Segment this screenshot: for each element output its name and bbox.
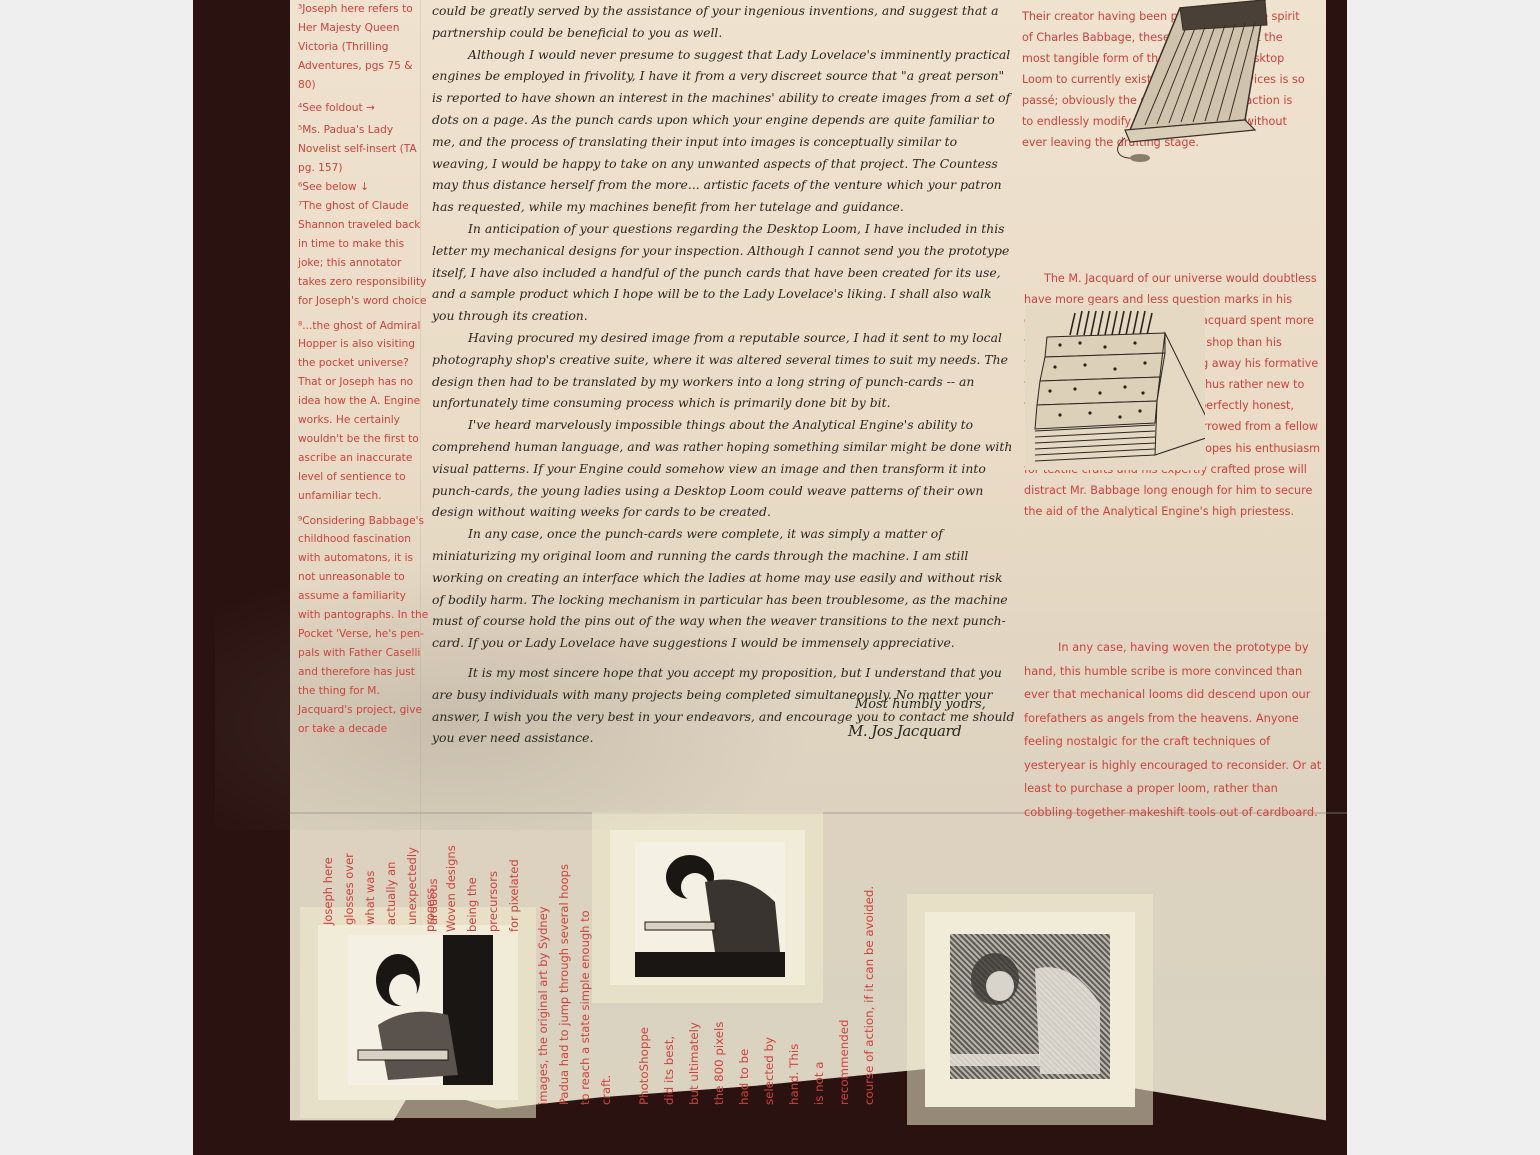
letter-body: could be greatly served by the assistanc… <box>432 0 1017 749</box>
letter-paragraph: In anticipation of your questions regard… <box>432 218 1017 327</box>
lineart-figure-icon <box>348 935 493 1085</box>
signature: M. Jos Jacquard <box>848 722 961 740</box>
punch-card-mechanism-sketch-icon <box>1025 305 1205 470</box>
annotation-8: ⁸...the ghost of Admiral Hopper is also … <box>298 317 430 506</box>
original-lineart-image <box>348 935 493 1085</box>
annotation-7: ⁷The ghost of Claude Shannon traveled ba… <box>298 197 430 310</box>
original-image-panel <box>318 925 518 1100</box>
letter-paragraph: Having procured my desired image from a … <box>432 327 1017 414</box>
foldout-annotation-col3: images, the original art by Sydney Padua… <box>533 825 617 1105</box>
right-annotation-3-text: In any case, having woven the prototype … <box>1024 640 1321 819</box>
woven-figure-icon <box>950 934 1110 1079</box>
woven-pixelated-image <box>950 934 1110 1079</box>
left-margin-annotations: ³Joseph here refers to Her Majesty Queen… <box>298 0 430 738</box>
annotation-3: ³Joseph here refers to Her Majesty Queen… <box>298 0 430 95</box>
letter-paragraph: I've heard marvelously impossible things… <box>432 414 1017 523</box>
right-annotation-3: In any case, having woven the prototype … <box>1024 636 1324 824</box>
desktop-loom-sketch-icon <box>1105 0 1280 165</box>
woven-sample-panel <box>925 912 1135 1107</box>
annotation-5: ⁵Ms. Padua's Lady Novelist self-insert (… <box>298 121 430 178</box>
foldout-annotation-col4: PhotoShoppe did its best, but ultimately… <box>632 815 882 1105</box>
letter-paragraph: could be greatly served by the assistanc… <box>432 0 1017 44</box>
letter-closing: Most humbly yours, <box>855 697 986 712</box>
foldout-annotation-col2: process. Woven designs being the precurs… <box>420 822 525 932</box>
letter-paragraph: Although I would never presume to sugges… <box>432 44 1017 218</box>
annotation-9: ⁹Considering Babbage's childhood fascina… <box>298 512 430 739</box>
annotation-4: ⁴See foldout → <box>298 99 430 118</box>
annotation-6: ⁶See below ↓ <box>298 178 430 197</box>
letter-paragraph: In any case, once the punch-cards were c… <box>432 523 1017 654</box>
